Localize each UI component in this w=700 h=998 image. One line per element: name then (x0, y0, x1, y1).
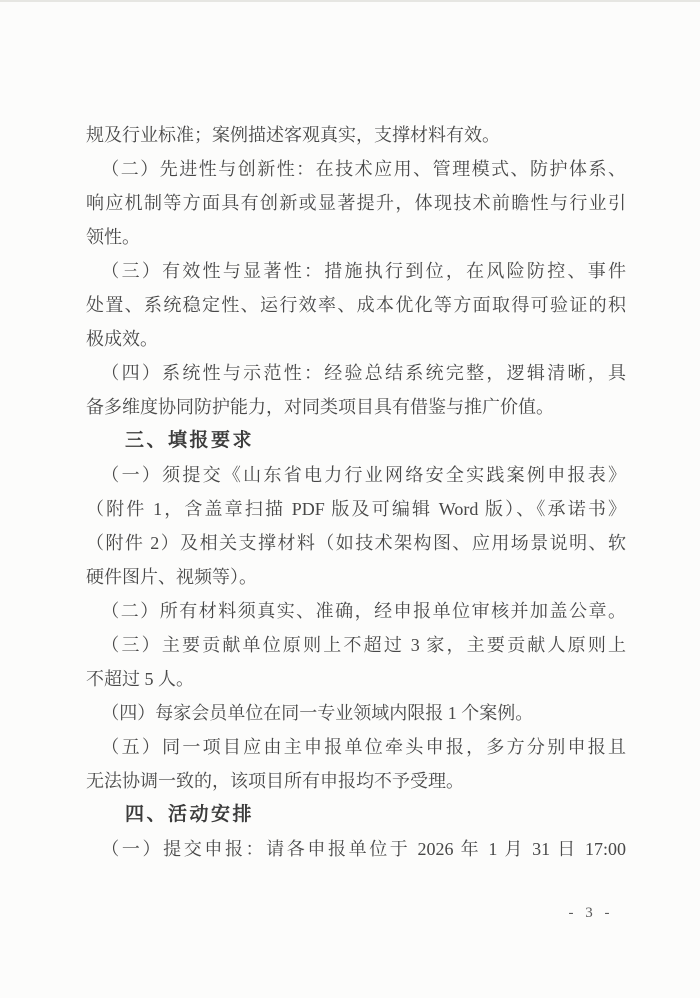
section-heading-filing-requirements: 三、填报要求 (86, 424, 626, 458)
document-line: （四）每家会员单位在同一专业领域内限报 1 个案例。 (86, 696, 626, 730)
document-line: 硬件图片、视频等）。 (86, 560, 626, 594)
document-line: （四）系统性与示范性：经验总结系统完整，逻辑清晰，具 (86, 356, 626, 390)
document-line: 不超过 5 人。 (86, 662, 626, 696)
page-number: - 3 - (556, 905, 626, 922)
document-line: 规及行业标准；案例描述客观真实，支撑材料有效。 (86, 118, 626, 152)
document-line: （一）须提交《山东省电力行业网络安全实践案例申报表》 (86, 458, 626, 492)
document-line: 响应机制等方面具有创新或显著提升，体现技术前瞻性与行业引 (86, 186, 626, 220)
document-line: （二）先进性与创新性：在技术应用、管理模式、防护体系、 (86, 152, 626, 186)
document-line: 极成效。 (86, 322, 626, 356)
document-line: （五）同一项目应由主申报单位牵头申报，多方分别申报且 (86, 730, 626, 764)
document-line: （附件 2）及相关支撑材料（如技术架构图、应用场景说明、软 (86, 526, 626, 560)
document-line: （三）有效性与显著性：措施执行到位，在风险防控、事件 (86, 254, 626, 288)
document-line: （一）提交申报：请各申报单位于 2026 年 1 月 31 日 17:00 (86, 832, 626, 866)
document-body: 规及行业标准；案例描述客观真实，支撑材料有效。 （二）先进性与创新性：在技术应用… (86, 118, 626, 866)
document-line: 无法协调一致的，该项目所有申报均不予受理。 (86, 764, 626, 798)
document-line: （附件 1，含盖章扫描 PDF 版及可编辑 Word 版）、《承诺书》 (86, 492, 626, 526)
document-line: 备多维度协同防护能力，对同类项目具有借鉴与推广价值。 (86, 390, 626, 424)
document-line: （二）所有材料须真实、准确，经申报单位审核并加盖公章。 (86, 594, 626, 628)
section-heading-activity-schedule: 四、活动安排 (86, 798, 626, 832)
document-line: 领性。 (86, 220, 626, 254)
document-line: 处置、系统稳定性、运行效率、成本优化等方面取得可验证的积 (86, 288, 626, 322)
document-line: （三）主要贡献单位原则上不超过 3 家，主要贡献人原则上 (86, 628, 626, 662)
